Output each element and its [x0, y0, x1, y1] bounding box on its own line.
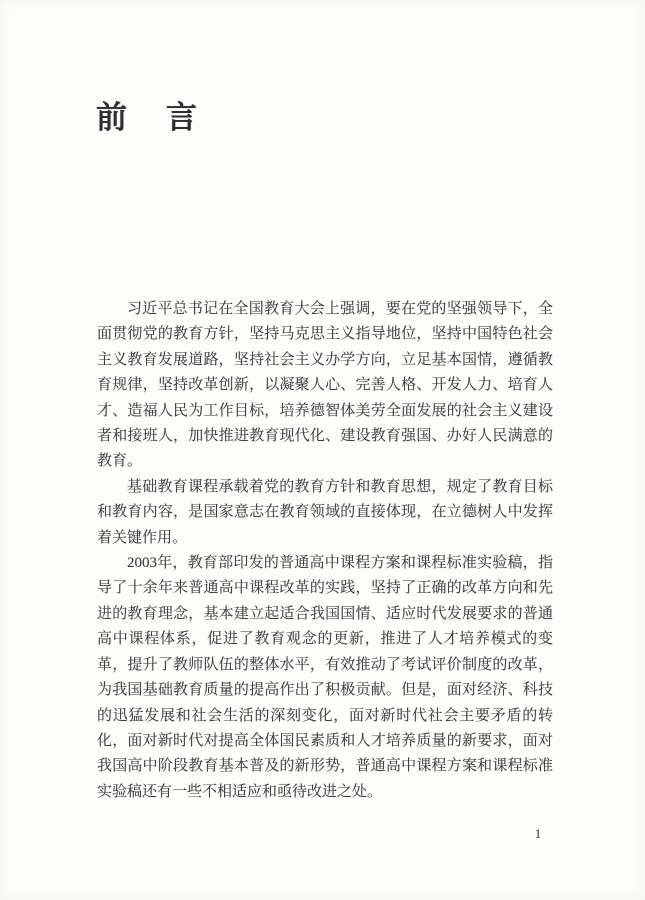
document-page: 前 言 习近平总书记在全国教育大会上强调，要在党的坚强领导下，全面贯彻党的教育方…	[0, 0, 645, 900]
body-text: 习近平总书记在全国教育大会上强调，要在党的坚强领导下，全面贯彻党的教育方针，坚持…	[97, 297, 553, 805]
paragraph: 基础教育课程承载着党的教育方针和教育思想，规定了教育目标和教育内容，是国家意志在…	[97, 475, 553, 551]
page-title: 前 言	[96, 92, 201, 137]
paragraph: 2003年，教育部印发的普通高中课程方案和课程标准实验稿，指导了十余年来普通高中…	[97, 551, 553, 805]
paragraph: 习近平总书记在全国教育大会上强调，要在党的坚强领导下，全面贯彻党的教育方针，坚持…	[97, 297, 553, 475]
page-number: 1	[528, 826, 548, 842]
